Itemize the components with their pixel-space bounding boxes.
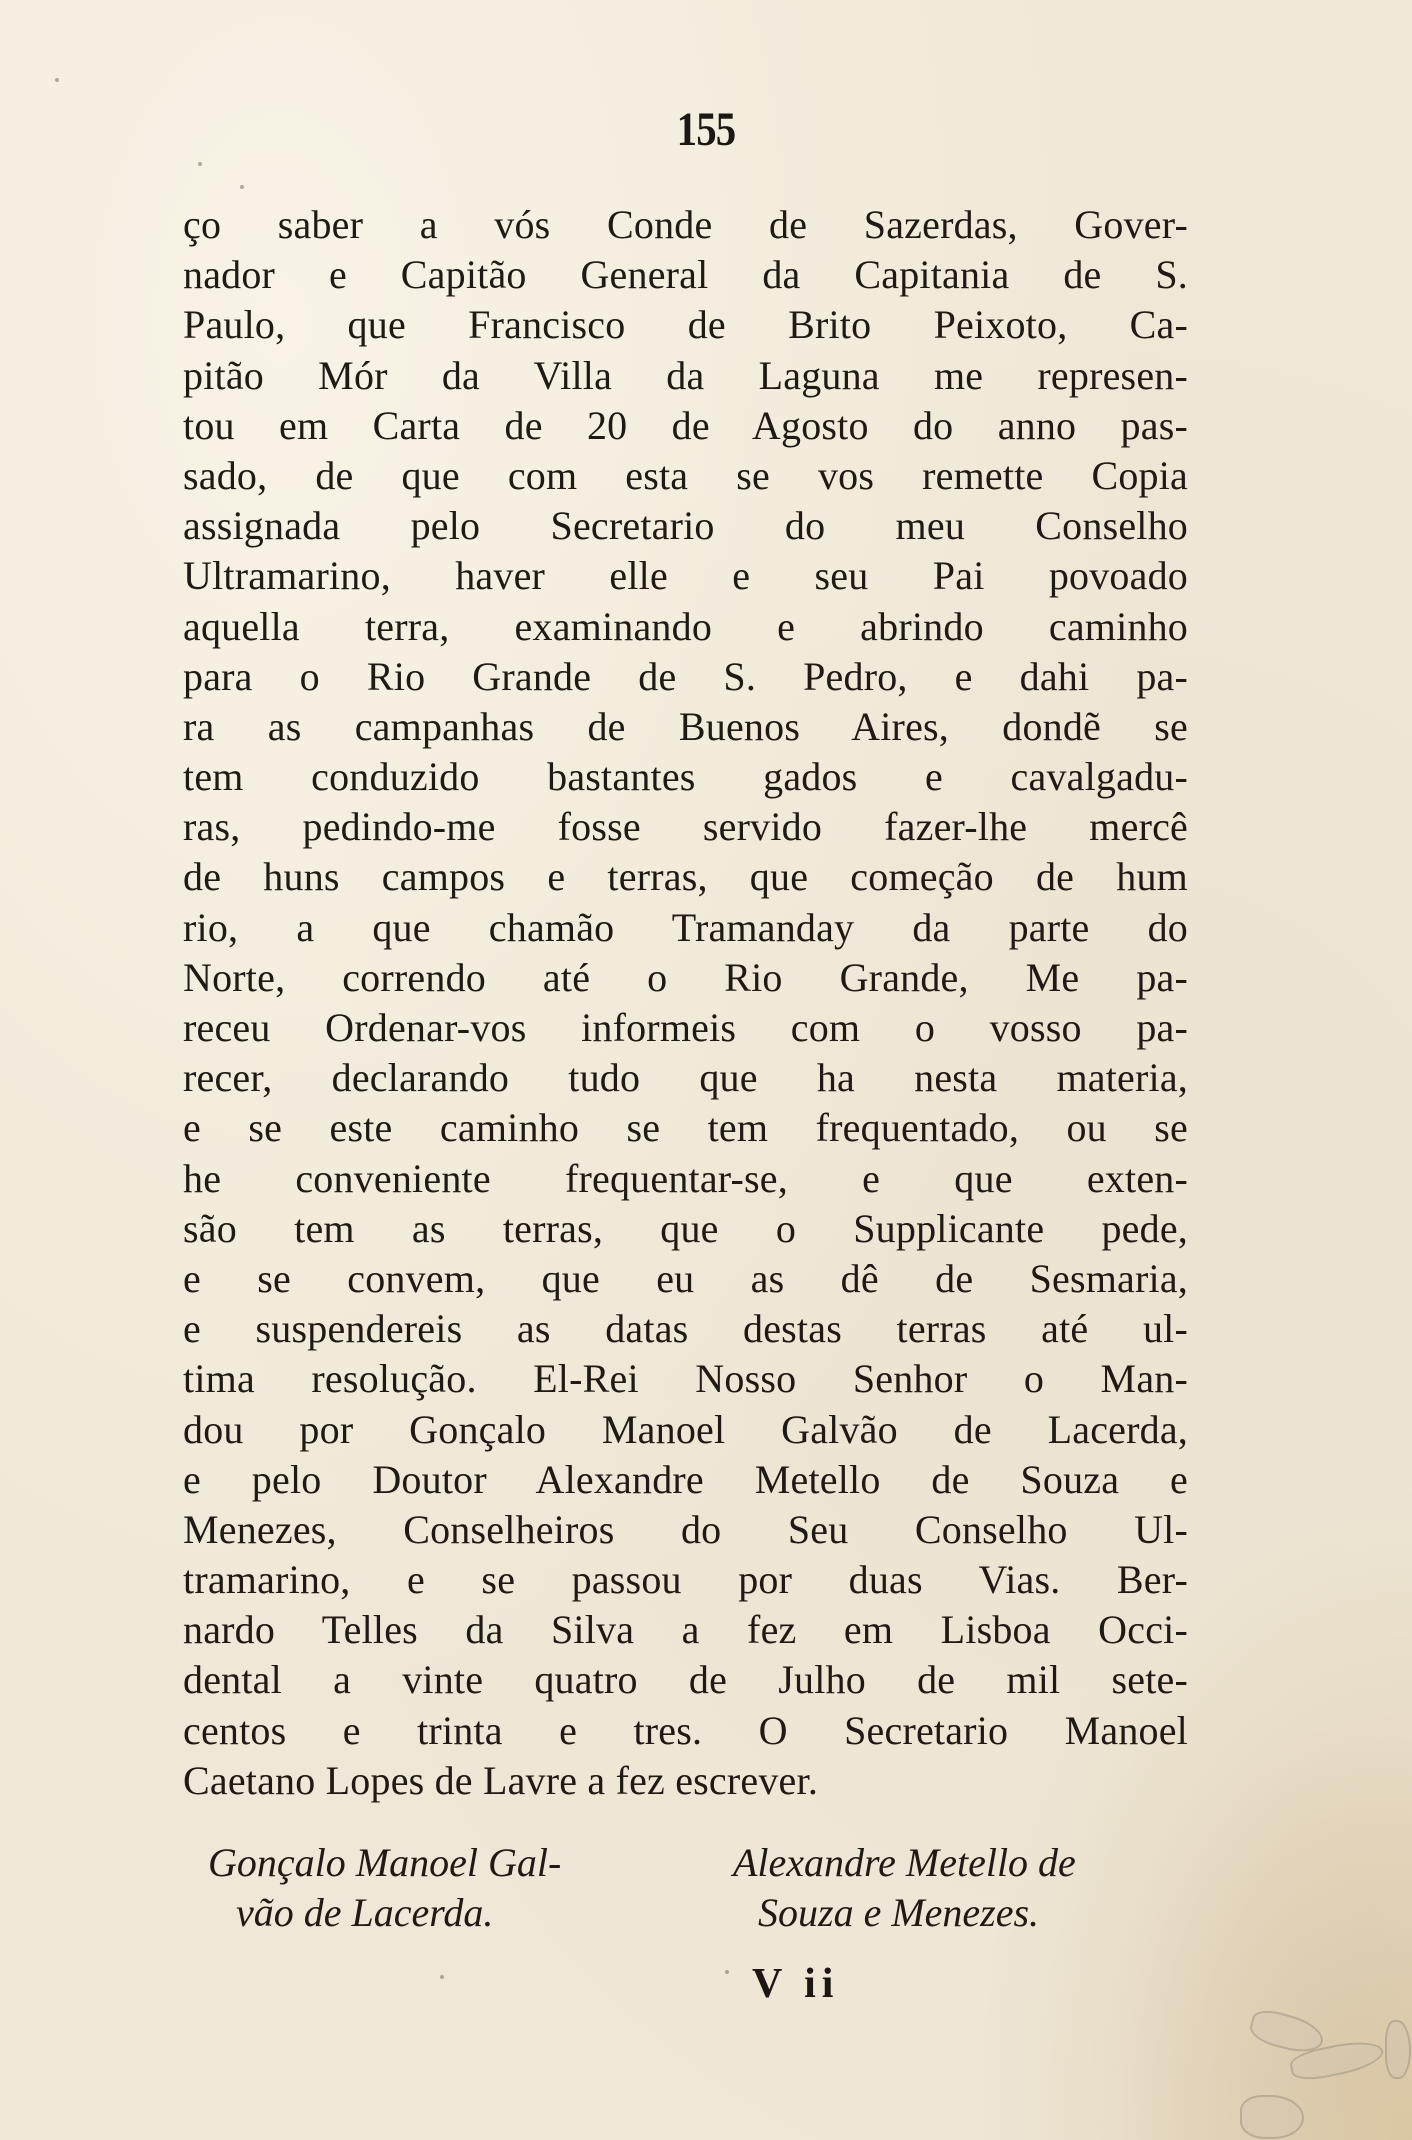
signature-line: vão de Lacerda.	[208, 1888, 678, 1938]
text-line: de huns campos e terras, que começão de …	[183, 852, 1188, 902]
text-line: rio, a que chamão Tramanday da parte do	[183, 903, 1188, 953]
text-line: dental a vinte quatro de Julho de mil se…	[183, 1655, 1188, 1705]
text-line: e pelo Doutor Alexandre Metello de Souza…	[183, 1455, 1188, 1505]
text-line: nardo Telles da Silva a fez em Lisboa Oc…	[183, 1605, 1188, 1655]
text-line: ra as campanhas de Buenos Aires, dondẽ s…	[183, 702, 1188, 752]
printer-signature-mark: V ii	[752, 1960, 839, 2008]
water-stain	[1385, 2020, 1411, 2079]
page-number: 155	[106, 102, 1306, 157]
text-line: Menezes, Conselheiros do Seu Conselho Ul…	[183, 1505, 1188, 1555]
paper-speck	[440, 1975, 444, 1979]
text-line: receu Ordenar-vos informeis com o vosso …	[183, 1003, 1188, 1053]
paper-speck	[240, 185, 244, 189]
body-text: ço saber a vós Conde de Sazerdas, Gover-…	[183, 200, 1188, 1806]
text-line: e se convem, que eu as dê de Sesmaria,	[183, 1254, 1188, 1304]
paper-speck	[55, 78, 59, 82]
text-line: dou por Gonçalo Manoel Galvão de Lacerda…	[183, 1405, 1188, 1455]
text-line: e se este caminho se tem frequentado, ou…	[183, 1103, 1188, 1153]
paper-speck	[198, 162, 202, 166]
text-line: assignada pelo Secretario do meu Conselh…	[183, 501, 1188, 551]
water-stain	[1240, 2095, 1304, 2139]
signature-left: Gonçalo Manoel Gal- vão de Lacerda.	[208, 1838, 678, 1938]
text-line: são tem as terras, que o Supplicante ped…	[183, 1204, 1188, 1254]
text-line: para o Rio Grande de S. Pedro, e dahi pa…	[183, 652, 1188, 702]
book-page: 155 ço saber a vós Conde de Sazerdas, Go…	[0, 0, 1412, 2140]
text-line: tou em Carta de 20 de Agosto do anno pas…	[183, 401, 1188, 451]
text-line: ras, pedindo-me fosse servido fazer-lhe …	[183, 802, 1188, 852]
text-line: ço saber a vós Conde de Sazerdas, Gover-	[183, 200, 1188, 250]
text-line: pitão Mór da Villa da Laguna me represen…	[183, 351, 1188, 401]
signature-line: Souza e Menezes.	[733, 1888, 1203, 1938]
text-line: Ultramarino, haver elle e seu Pai povoad…	[183, 551, 1188, 601]
text-line: recer, declarando tudo que ha nesta mate…	[183, 1053, 1188, 1103]
text-line: e suspendereis as datas destas terras at…	[183, 1304, 1188, 1354]
text-line: he conveniente frequentar-se, e que exte…	[183, 1154, 1188, 1204]
text-line: nador e Capitão General da Capitania de …	[183, 250, 1188, 300]
signature-line: Alexandre Metello de	[733, 1838, 1203, 1888]
text-line: sado, de que com esta se vos remette Cop…	[183, 451, 1188, 501]
signature-line: Gonçalo Manoel Gal-	[208, 1838, 678, 1888]
text-line: tem conduzido bastantes gados e cavalgad…	[183, 752, 1188, 802]
text-line-last: Caetano Lopes de Lavre a fez escrever.	[183, 1756, 1093, 1806]
text-line: tramarino, e se passou por duas Vias. Be…	[183, 1555, 1188, 1605]
paper-speck	[725, 1970, 729, 1974]
text-line: tima resolução. El-Rei Nosso Senhor o Ma…	[183, 1354, 1188, 1404]
text-line: aquella terra, examinando e abrindo cami…	[183, 602, 1188, 652]
text-line: centos e trinta e tres. O Secretario Man…	[183, 1706, 1188, 1756]
text-line: Norte, correndo até o Rio Grande, Me pa-	[183, 953, 1188, 1003]
signature-right: Alexandre Metello de Souza e Menezes.	[733, 1838, 1203, 1938]
text-line: Paulo, que Francisco de Brito Peixoto, C…	[183, 300, 1188, 350]
